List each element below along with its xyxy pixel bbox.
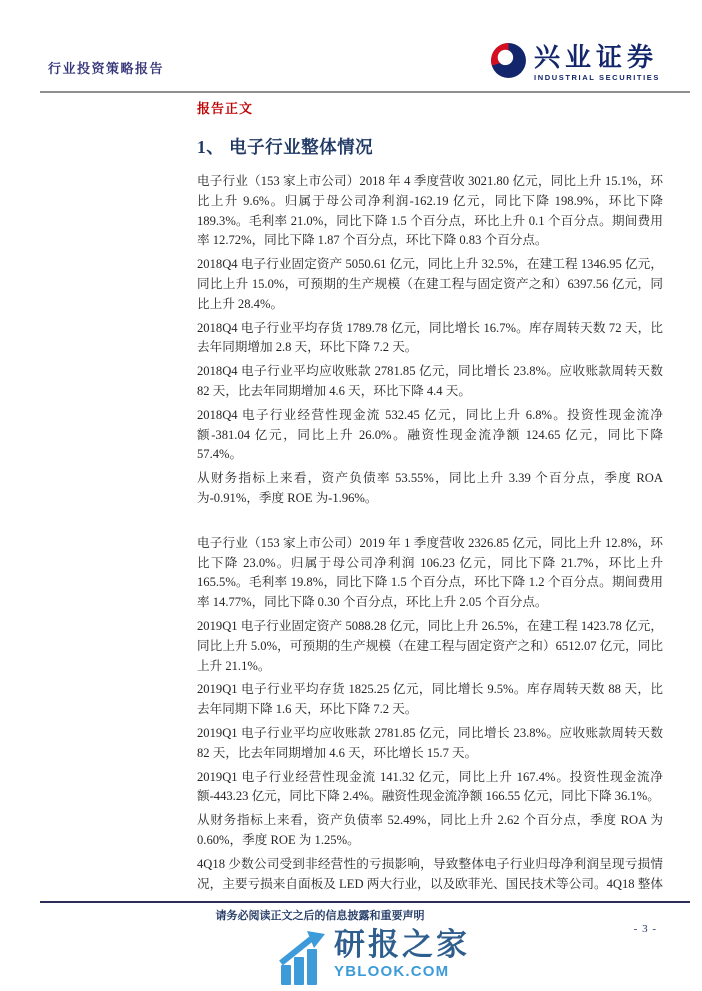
- paragraph: 电子行业（153 家上市公司）2018 年 4 季度营收 3021.80 亿元，…: [197, 172, 663, 251]
- paragraph: 电子行业（153 家上市公司）2019 年 1 季度营收 2326.85 亿元，…: [197, 534, 663, 613]
- footer-divider: [40, 901, 690, 903]
- paragraph: 2018Q4 电子行业平均应收账款 2781.85 亿元，同比增长 23.8%。…: [197, 362, 663, 402]
- paragraph: 2019Q1 电子行业平均应收账款 2781.85 亿元，同比增长 23.8%。…: [197, 724, 663, 764]
- paragraph: 从财务指标上来看，资产负债率 52.49%，同比上升 2.62 个百分点，季度 …: [197, 811, 663, 851]
- paragraph: 2019Q1 电子行业经营性现金流 141.32 亿元，同比上升 167.4%。…: [197, 768, 663, 808]
- red-blue-swirl-icon: [490, 42, 527, 84]
- paragraph: 4Q18 少数公司受到非经营性的亏损影响，导致整体电子行业归母净利润呈现亏损情况…: [197, 855, 663, 894]
- paragraph: 2019Q1 电子行业平均存货 1825.25 亿元，同比增长 9.5%。库存周…: [197, 680, 663, 720]
- watermark-text: 研报之家 YBLOOK.COM: [334, 929, 470, 980]
- paragraph: 2019Q1 电子行业固定资产 5088.28 亿元，同比上升 26.5%，在建…: [197, 617, 663, 676]
- header-divider: [40, 91, 690, 93]
- watermark-name: 研报之家: [334, 929, 470, 962]
- brand-name: 兴业证券 INDUSTRIAL SECURITIES: [534, 44, 660, 83]
- report-type-label: 行业投资策略报告: [48, 58, 164, 77]
- footer-disclaimer: 请务必阅读正文之后的信息披露和重要声明: [110, 907, 530, 923]
- watermark-logo: 研报之家 YBLOOK.COM: [279, 929, 470, 990]
- section-heading: 1、 电子行业整体情况: [197, 134, 663, 159]
- brand-name-en: INDUSTRIAL SECURITIES: [534, 73, 660, 82]
- brand-name-cn: 兴业证券: [534, 44, 660, 73]
- page-number: - 3 -: [634, 923, 657, 935]
- bar-chart-arrow-icon: [279, 929, 327, 990]
- paragraph: 2018Q4 电子行业平均存货 1789.78 亿元，同比增长 16.7%。库存…: [197, 319, 663, 359]
- paragraph: 从财务指标上来看，资产负债率 53.55%，同比上升 3.39 个百分点，季度 …: [197, 469, 663, 509]
- brand-logo: 兴业证券 INDUSTRIAL SECURITIES: [490, 42, 660, 84]
- report-page: 行业投资策略报告 兴业证券 INDUSTRIAL SECURITIES: [0, 0, 702, 991]
- document-body: 报告正文 1、 电子行业整体情况 电子行业（153 家上市公司）2018 年 4…: [197, 98, 663, 894]
- section-label: 报告正文: [197, 98, 663, 117]
- watermark-site: YBLOOK.COM: [334, 963, 470, 980]
- paragraph: 2018Q4 电子行业固定资产 5050.61 亿元，同比上升 32.5%，在建…: [197, 255, 663, 314]
- paragraph: 2018Q4 电子行业经营性现金流 532.45 亿元，同比上升 6.8%。投资…: [197, 406, 663, 465]
